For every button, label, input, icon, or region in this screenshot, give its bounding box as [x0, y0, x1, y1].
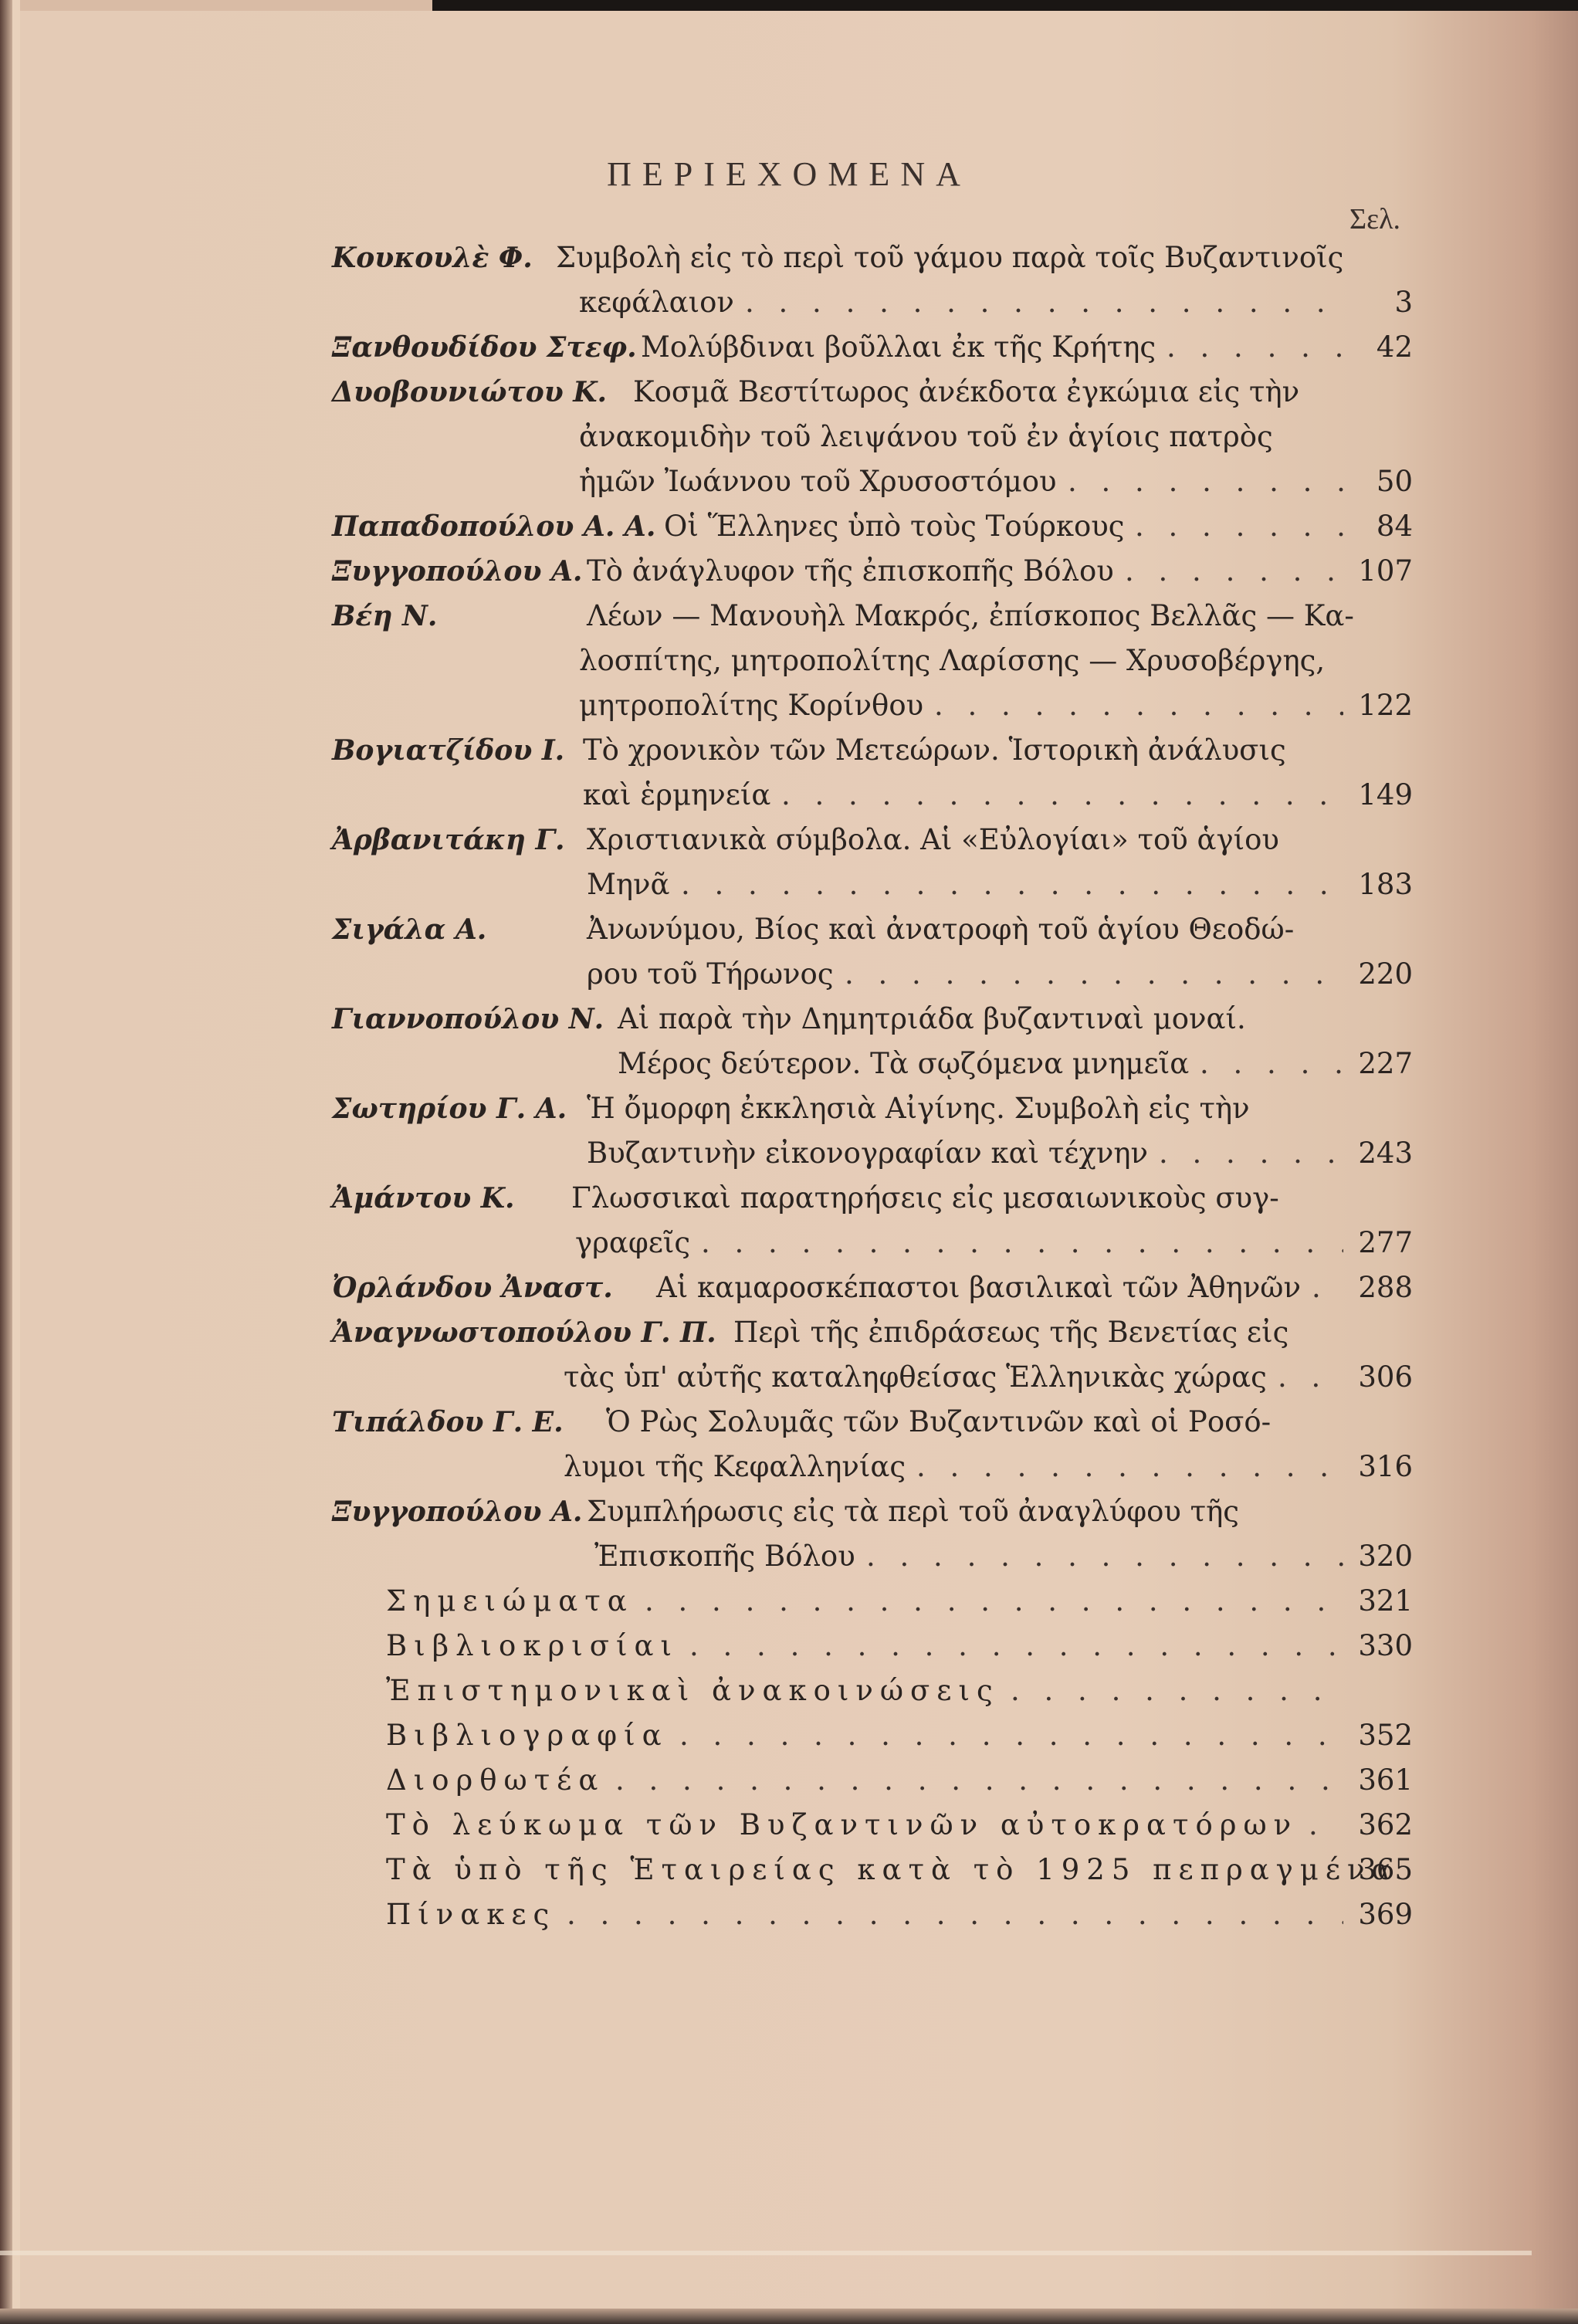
dot-leader: . . . . . . . . . . . . . . . . . . . . …: [745, 280, 1343, 325]
toc-section: Βιβλιοκρισίαι. . . . . . . . . . . . . .…: [332, 1624, 1413, 1668]
author-name: Σωτηρίου Γ. Α.: [332, 1086, 567, 1131]
author-name: Ἀρβανιτάκη Γ.: [332, 818, 565, 862]
author-name: Δυοβουνιώτου Κ.: [332, 370, 607, 415]
toc-line: λοσπίτης, μητροπολίτης Λαρίσσης — Χρυσοβ…: [332, 639, 1413, 683]
dot-leader: . . . . . . . . . . . . . . . . . . . . …: [1011, 1668, 1328, 1713]
article-title: Κοσμᾶ Βεστίτωρος ἀνέκδοτα ἐγκώμια εἰς τὴ…: [633, 370, 1299, 415]
toc-line: Ἀμάντου Κ.Γλωσσικαὶ παρατηρήσεις εἰς μεσ…: [332, 1176, 1413, 1221]
toc-section: Βιβλιογραφία. . . . . . . . . . . . . . …: [332, 1713, 1413, 1758]
page-number: 361: [1358, 1758, 1413, 1803]
page-number: 321: [1358, 1579, 1413, 1624]
section-title: Τὰ ὑπὸ τῆς Ἑταιρείας κατὰ τὸ 1925 πεπραγ…: [386, 1848, 1398, 1892]
toc-line: κεφάλαιον. . . . . . . . . . . . . . . .…: [332, 280, 1413, 325]
dot-leader: . . . . . . . . . . . . . . . . . . . . …: [567, 1892, 1343, 1937]
toc-section: Διορθωτέα. . . . . . . . . . . . . . . .…: [332, 1758, 1413, 1803]
dot-leader: . . . . . . . . . . . . . . . . . . . . …: [701, 1221, 1343, 1265]
page-number: 320: [1358, 1534, 1413, 1579]
toc-line: Βέη Ν.Λέων — Μανουὴλ Μακρός, ἐπίσκοπος Β…: [332, 594, 1413, 639]
article-title: Αἱ καμαροσκέπαστοι βασιλικαὶ τῶν Ἀθηνῶν: [656, 1265, 1301, 1310]
author-name: Ὀρλάνδου Ἀναστ.: [332, 1265, 613, 1310]
article-title: ἡμῶν Ἰωάννου τοῦ Χρυσοστόμου: [579, 459, 1057, 504]
toc-entry: Ἀναγνωστοπούλου Γ. Π.Περὶ τῆς ἐπιδράσεως…: [332, 1310, 1413, 1400]
dot-leader: . . . . . . . . . . . . . . . . . . . . …: [615, 1758, 1343, 1803]
page-binding-edge: [0, 0, 12, 2324]
author-name: Ἀμάντου Κ.: [332, 1176, 515, 1221]
toc-line: Τιπάλδου Γ. Ε.Ὁ Ρὼς Σολυμᾶς τῶν Βυζαντιν…: [332, 1400, 1413, 1445]
dot-leader: . . . . . . . . . . . . . . . . . . . . …: [645, 1579, 1343, 1624]
article-title: λοσπίτης, μητροπολίτης Λαρίσσης — Χρυσοβ…: [579, 639, 1325, 683]
author-name: Βογιατζίδου Ι.: [332, 728, 564, 773]
author-name: Ξανθουδίδου Στεφ.: [332, 325, 637, 370]
article-title: Οἱ Ἕλληνες ὑπὸ τοὺς Τούρκους: [664, 504, 1124, 549]
toc-entry: Σωτηρίου Γ. Α.Ἡ ὄμορφη ἐκκλησιὰ Αἰγίνης.…: [332, 1086, 1413, 1176]
page-number: 288: [1358, 1265, 1413, 1310]
toc-entry: Ἀμάντου Κ.Γλωσσικαὶ παρατηρήσεις εἰς μεσ…: [332, 1176, 1413, 1265]
toc-entry: Ἀρβανιτάκη Γ.Χριστιανικὰ σύμβολα. Αἱ «Εὐ…: [332, 818, 1413, 907]
dot-leader: . . . . . . . . . . . . . . . . . . . . …: [781, 773, 1343, 818]
article-title: Συμπλήρωσις εἰς τὰ περὶ τοῦ ἀναγλύφου τῆ…: [587, 1489, 1239, 1534]
toc-entry: Βογιατζίδου Ι.Τὸ χρονικὸν τῶν Μετεώρων. …: [332, 728, 1413, 818]
toc-line: Ὀρλάνδου Ἀναστ.Αἱ καμαροσκέπαστοι βασιλι…: [332, 1265, 1413, 1310]
toc-line: Βυζαντινὴν εἰκονογραφίαν καὶ τέχνην. . .…: [332, 1131, 1413, 1176]
page-fold-crease: [0, 2251, 1532, 2255]
article-title: Βυζαντινὴν εἰκονογραφίαν καὶ τέχνην: [587, 1131, 1148, 1176]
article-title: Συμβολὴ εἰς τὸ περὶ τοῦ γάμου παρὰ τοῖς …: [556, 235, 1343, 280]
toc-line: Κουκουλὲ Φ.Συμβολὴ εἰς τὸ περὶ τοῦ γάμου…: [332, 235, 1413, 280]
article-title: Μέρος δεύτερον. Τὰ σῳζόμενα μνημεῖα: [618, 1042, 1189, 1086]
dot-leader: . . . . . . . . . . . . . . . . . . . . …: [916, 1445, 1343, 1489]
article-title: Λέων — Μανουὴλ Μακρός, ἐπίσκοπος Βελλᾶς …: [587, 594, 1354, 639]
toc-section: Τὸ λεύκωμα τῶν Βυζαντινῶν αὐτοκρατόρων. …: [332, 1803, 1413, 1848]
article-title: Ὁ Ρὼς Σολυμᾶς τῶν Βυζαντινῶν καὶ οἱ Ροσό…: [606, 1400, 1271, 1445]
author-name: Ἀναγνωστοπούλου Γ. Π.: [332, 1310, 716, 1355]
page-number: 227: [1358, 1042, 1413, 1086]
page-number: 369: [1358, 1892, 1413, 1937]
toc-section: Σημειώματα. . . . . . . . . . . . . . . …: [332, 1579, 1413, 1624]
page-number: 42: [1377, 325, 1413, 370]
toc-line: ρου τοῦ Τήρωνος. . . . . . . . . . . . .…: [332, 952, 1413, 997]
scan-background-bottom: [0, 2309, 1578, 2324]
toc-entry: Κουκουλὲ Φ.Συμβολὴ εἰς τὸ περὶ τοῦ γάμου…: [332, 235, 1413, 325]
toc-section: Πίνακες. . . . . . . . . . . . . . . . .…: [332, 1892, 1413, 1937]
article-title: Τὸ ἀνάγλυφον τῆς ἐπισκοπῆς Βόλου: [587, 549, 1114, 594]
toc-line: Δυοβουνιώτου Κ.Κοσμᾶ Βεστίτωρος ἀνέκδοτα…: [332, 370, 1413, 415]
article-title: Μολύβδιναι βοῦλλαι ἐκ τῆς Κρήτης: [641, 325, 1156, 370]
dot-leader: . . . . . . . . . . . . . . . . . . . . …: [1312, 1265, 1343, 1310]
page-column-label: Σελ.: [1349, 202, 1400, 236]
page-number: 316: [1358, 1445, 1413, 1489]
article-title: Τὸ χρονικὸν τῶν Μετεώρων. Ἱστορικὴ ἀνάλυ…: [583, 728, 1286, 773]
page-number: 306: [1358, 1355, 1413, 1400]
page-number: 149: [1358, 773, 1413, 818]
page-number: 365: [1358, 1848, 1413, 1892]
article-title: λυμοι τῆς Κεφαλληνίας: [564, 1445, 906, 1489]
article-title: Χριστιανικὰ σύμβολα. Αἱ «Εὐλογίαι» τοῦ ἁ…: [587, 818, 1279, 862]
toc-entry: Ξανθουδίδου Στεφ.Μολύβδιναι βοῦλλαι ἐκ τ…: [332, 325, 1413, 370]
page-binding-highlight: [12, 0, 20, 2324]
dot-leader: . . . . . . . . . . . . . . . . . . . . …: [1135, 504, 1343, 549]
dot-leader: . . . . . . . . . . . . . . . . . . . . …: [1159, 1131, 1343, 1176]
toc-line: Ἀναγνωστοπούλου Γ. Π.Περὶ τῆς ἐπιδράσεως…: [332, 1310, 1413, 1355]
page-number: 107: [1358, 549, 1413, 594]
toc-line: μητροπολίτης Κορίνθου. . . . . . . . . .…: [332, 683, 1413, 728]
author-name: Παπαδοπούλου Α. Α.: [332, 504, 655, 549]
toc-line: γραφεῖς. . . . . . . . . . . . . . . . .…: [332, 1221, 1413, 1265]
toc-line: ἀνακομιδὴν τοῦ λειψάνου τοῦ ἐν ἁγίοις πα…: [332, 415, 1413, 459]
dot-leader: . . . . . . . . . . . . . . . . . . . . …: [679, 1713, 1343, 1758]
article-title: Αἱ παρὰ τὴν Δημητριάδα βυζαντιναὶ μοναί.: [618, 997, 1246, 1042]
scan-background-top: [432, 0, 1578, 11]
article-title: ρου τοῦ Τήρωνος: [587, 952, 834, 997]
section-title: Σημειώματα: [386, 1579, 634, 1624]
toc-line: Ξυγγοπούλου Α.Τὸ ἀνάγλυφον τῆς ἐπισκοπῆς…: [332, 549, 1413, 594]
toc-line: Μέρος δεύτερον. Τὰ σῳζόμενα μνημεῖα. . .…: [332, 1042, 1413, 1086]
article-title: ἀνακομιδὴν τοῦ λειψάνου τοῦ ἐν ἁγίοις πα…: [579, 415, 1273, 459]
author-name: Βέη Ν.: [332, 594, 437, 639]
toc-line: λυμοι τῆς Κεφαλληνίας. . . . . . . . . .…: [332, 1445, 1413, 1489]
article-title: Μηνᾶ: [587, 862, 670, 907]
toc-line: Ξανθουδίδου Στεφ.Μολύβδιναι βοῦλλαι ἐκ τ…: [332, 325, 1413, 370]
dot-leader: . . . . . . . . . . . . . . . . . . . . …: [689, 1624, 1343, 1668]
page-number: 122: [1358, 683, 1413, 728]
section-title: Πίνακες: [386, 1892, 556, 1937]
page-number: 183: [1358, 862, 1413, 907]
toc-entry: Παπαδοπούλου Α. Α.Οἱ Ἕλληνες ὑπὸ τοὺς Το…: [332, 504, 1413, 549]
toc-entry: Δυοβουνιώτου Κ.Κοσμᾶ Βεστίτωρος ἀνέκδοτα…: [332, 370, 1413, 504]
dot-leader: . . . . . . . . . . . . . . . . . . . . …: [1309, 1803, 1343, 1848]
article-title: καὶ ἑρμηνεία: [583, 773, 770, 818]
page-number: 50: [1377, 459, 1413, 504]
toc-line: Ἐπισκοπῆς Βόλου. . . . . . . . . . . . .…: [332, 1534, 1413, 1579]
dot-leader: . . . . . . . . . . . . . . . . . . . . …: [681, 862, 1343, 907]
toc-line: Ξυγγοπούλου Α.Συμπλήρωσις εἰς τὰ περὶ το…: [332, 1489, 1413, 1534]
toc-section: Τὰ ὑπὸ τῆς Ἑταιρείας κατὰ τὸ 1925 πεπραγ…: [332, 1848, 1413, 1892]
article-title: τὰς ὑπ' αὐτῆς καταληφθείσας Ἑλληνικὰς χώ…: [564, 1355, 1267, 1400]
toc-section: Ἐπιστημονικαὶ ἀνακοινώσεις. . . . . . . …: [332, 1668, 1413, 1713]
article-title: γραφεῖς: [575, 1221, 690, 1265]
toc-line: Μηνᾶ. . . . . . . . . . . . . . . . . . …: [332, 862, 1413, 907]
page-number: 84: [1377, 504, 1413, 549]
section-title: Βιβλιοκρισίαι: [386, 1624, 679, 1668]
page-number: 330: [1358, 1624, 1413, 1668]
toc-entry: Ξυγγοπούλου Α.Συμπλήρωσις εἰς τὰ περὶ το…: [332, 1489, 1413, 1579]
toc-entry: Ξυγγοπούλου Α.Τὸ ἀνάγλυφον τῆς ἐπισκοπῆς…: [332, 549, 1413, 594]
page-number: 3: [1394, 280, 1413, 325]
page-title: ΠΕΡΙΕΧΟΜΕΝΑ: [0, 154, 1578, 194]
author-name: Ξυγγοπούλου Α.: [332, 1489, 582, 1534]
section-title: Ἐπιστημονικαὶ ἀνακοινώσεις: [386, 1668, 1000, 1713]
dot-leader: . . . . . . . . . . . . . . . . . . . . …: [1068, 459, 1343, 504]
author-name: Σιγάλα Α.: [332, 907, 486, 952]
dot-leader: . . . . . . . . . . . . . . . . . . . . …: [1125, 549, 1343, 594]
author-name: Κουκουλὲ Φ.: [332, 235, 533, 280]
page-number: 277: [1358, 1221, 1413, 1265]
toc-line: Ἀρβανιτάκη Γ.Χριστιανικὰ σύμβολα. Αἱ «Εὐ…: [332, 818, 1413, 862]
dot-leader: . . . . . . . . . . . . . . . . . . . . …: [1167, 325, 1343, 370]
toc-line: Παπαδοπούλου Α. Α.Οἱ Ἕλληνες ὑπὸ τοὺς Το…: [332, 504, 1413, 549]
table-of-contents: Κουκουλὲ Φ.Συμβολὴ εἰς τὸ περὶ τοῦ γάμου…: [332, 235, 1413, 1937]
article-title: Ἐπισκοπῆς Βόλου: [594, 1534, 855, 1579]
dot-leader: . . . . . . . . . . . . . . . . . . . . …: [1200, 1042, 1343, 1086]
author-name: Ξυγγοπούλου Α.: [332, 549, 582, 594]
toc-entry: Τιπάλδου Γ. Ε.Ὁ Ρὼς Σολυμᾶς τῶν Βυζαντιν…: [332, 1400, 1413, 1489]
toc-entry: Γιαννοπούλου Ν.Αἱ παρὰ τὴν Δημητριάδα βυ…: [332, 997, 1413, 1086]
section-title: Τὸ λεύκωμα τῶν Βυζαντινῶν αὐτοκρατόρων: [386, 1803, 1298, 1848]
toc-entry: Βέη Ν.Λέων — Μανουὴλ Μακρός, ἐπίσκοπος Β…: [332, 594, 1413, 728]
page-number: 220: [1358, 952, 1413, 997]
page-number: 352: [1358, 1713, 1413, 1758]
article-title: κεφάλαιον: [579, 280, 734, 325]
toc-entry: Σιγάλα Α.Ἀνωνύμου, Βίος καὶ ἀνατροφὴ τοῦ…: [332, 907, 1413, 997]
article-title: μητροπολίτης Κορίνθου: [579, 683, 923, 728]
dot-leader: . . . . . . . . . . . . . . . . . . . . …: [866, 1534, 1343, 1579]
section-title: Βιβλιογραφία: [386, 1713, 669, 1758]
page-number: 243: [1358, 1131, 1413, 1176]
author-name: Γιαννοπούλου Ν.: [332, 997, 604, 1042]
toc-line: Σιγάλα Α.Ἀνωνύμου, Βίος καὶ ἀνατροφὴ τοῦ…: [332, 907, 1413, 952]
article-title: Γλωσσικαὶ παρατηρήσεις εἰς μεσαιωνικοὺς …: [571, 1176, 1279, 1221]
page-number: 362: [1358, 1803, 1413, 1848]
article-title: Περὶ τῆς ἐπιδράσεως τῆς Βενετίας εἰς: [733, 1310, 1288, 1355]
dot-leader: . . . . . . . . . . . . . . . . . . . . …: [845, 952, 1343, 997]
section-title: Διορθωτέα: [386, 1758, 604, 1803]
toc-line: Βογιατζίδου Ι.Τὸ χρονικὸν τῶν Μετεώρων. …: [332, 728, 1413, 773]
toc-line: καὶ ἑρμηνεία. . . . . . . . . . . . . . …: [332, 773, 1413, 818]
article-title: Ἡ ὄμορφη ἐκκλησιὰ Αἰγίνης. Συμβολὴ εἰς τ…: [587, 1086, 1250, 1131]
toc-entry: Ὀρλάνδου Ἀναστ.Αἱ καμαροσκέπαστοι βασιλι…: [332, 1265, 1413, 1310]
dot-leader: . . . . . . . . . . . . . . . . . . . . …: [934, 683, 1343, 728]
dot-leader: . . . . . . . . . . . . . . . . . . . . …: [1278, 1355, 1343, 1400]
article-title: Ἀνωνύμου, Βίος καὶ ἀνατροφὴ τοῦ ἁγίου Θε…: [587, 907, 1294, 952]
toc-line: τὰς ὑπ' αὐτῆς καταληφθείσας Ἑλληνικὰς χώ…: [332, 1355, 1413, 1400]
author-name: Τιπάλδου Γ. Ε.: [332, 1400, 564, 1445]
toc-line: Γιαννοπούλου Ν.Αἱ παρὰ τὴν Δημητριάδα βυ…: [332, 997, 1413, 1042]
toc-line: Σωτηρίου Γ. Α.Ἡ ὄμορφη ἐκκλησιὰ Αἰγίνης.…: [332, 1086, 1413, 1131]
toc-line: ἡμῶν Ἰωάννου τοῦ Χρυσοστόμου. . . . . . …: [332, 459, 1413, 504]
